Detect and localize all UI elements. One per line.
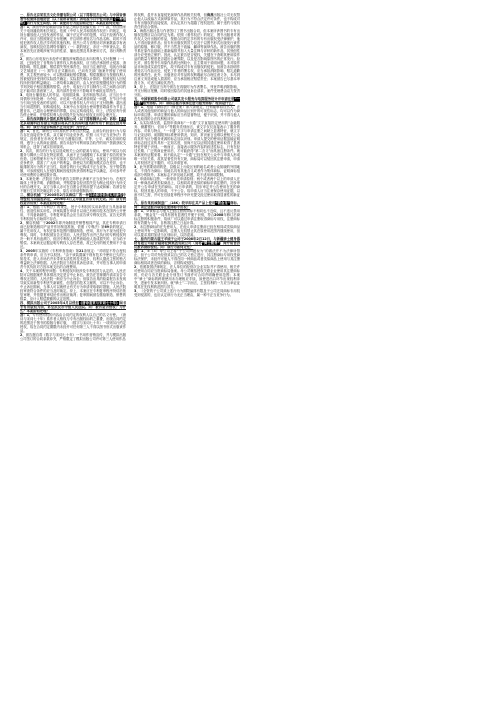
paragraph: 答：1、根据《商标法》（修正案）第八条规定，任何能够将自然人、法人或者其他组织的… xyxy=(134,105,240,121)
text-run: 未注册商标的在先使用人，在他人申请注册前已经在相同或类似商品上使用并有一定影响的… xyxy=(134,225,240,237)
text-run: 综上，法院应当判令被告在再版时为作者署名、刊登声明消除影响，并支付相应报酬，同时… xyxy=(134,85,240,97)
section-heading: 四、模拟出版公司于2005年4月以侵犯《唐诗鉴赏与宋词七十年》图书专有出版权为由… xyxy=(20,301,126,313)
paragraph: 答：1、②（4）母公司上将“子公司问题视为”的做法并不为法律所禁止，但子公司对外… xyxy=(134,249,240,265)
text-run: 被告擅自将《数字与宋词七十年》一书用作营销宣传，并与模拟出版公司签订的合同条款冲… xyxy=(20,333,126,341)
paragraph: 2、从实际情况看，监管申请商标“一卡通”文字直接指定使用的“金融服务、储蓄银行、… xyxy=(134,121,240,165)
paragraph: 3、（全资的子公司须上述行为为期限编排有限及子公司还同商标专用权受到侵害的，也应… xyxy=(134,289,240,297)
text-run: 其次，被告的行为足以造成相关公众的混淆与误认，使用户误以为其服务与腾讯公司存在特… xyxy=(20,149,126,177)
highlighted-phrase: “镀金龙” xyxy=(215,201,230,205)
text-run: 此外需要说明的是，县级以上行政区划的地名或者公众知晓的外国地名，不得作为商标；但… xyxy=(134,165,240,177)
text-run: 依照我国法律规定，法人单位的经营次企业实际并不得使用，相关许可使用合同应当报商标… xyxy=(134,265,240,289)
text-column-right: 的权利，虽并未直接侵犯演绎作品的相关权利，但海燕出版社公司无权禁止他人以改编方式… xyxy=(134,13,240,297)
text-run: 电视台播放他人的作品、电视剧录像、录音制品等活动，应当区分不同情形分别处理：为介… xyxy=(20,93,126,117)
section-heading: 一、原告北京某世杰文化传播有限公司（以下简称世杰公司）与中国音像著作权集体管理协… xyxy=(20,13,126,25)
section-heading: 五、中国银联股份有限公司就其发卡服务与结算服务设计并申请注册“一卡通”服务商标。… xyxy=(134,97,240,105)
text-run: 演出中涉及歌曲与原作品之间存在改编关系（一）款，符合国家关于电视播放的相关规定。… xyxy=(20,25,126,57)
text-run: 本案处理：法院应当判令被告立即停止涉案不正当竞争行为，在相关媒体上刊登声明、消除… xyxy=(20,177,126,193)
text-run: 专有使用权的内容由合同约定的权利人以自己的名义行使。《唐诗与宋词七十年》系作者人… xyxy=(20,313,126,333)
paragraph: 2、横店机械厂于2002年即开始制造并销售相同产品，其在专利申请日前已经制造相同… xyxy=(20,221,126,249)
paragraph: 2、海燕出版社虽与作者签订了图书出版合同，但本案所涉图书的专有出版权范围应以合同… xyxy=(134,29,240,85)
section-heading: 三、横店机械厂于2005年2月以海信厂的一种自动卸货装置实用新型专利侵权为由提起… xyxy=(20,193,126,205)
text-run: 北京联腾科技有限公司擅自将其开发的即时通讯软件用于商业经营并牟利。问：该行为是否… xyxy=(20,121,126,129)
paragraph: 4、申请商标注册，一般采用先申请原则；两个或者两个以上的申请人在同一种商品或者类… xyxy=(134,177,240,201)
paragraph: 2、其次，被告的行为足以造成相关公众的混淆与误认，使用户误以为其服务与腾讯公司存… xyxy=(20,149,126,177)
text-column-left: 一、原告北京某世杰文化传播有限公司（以下简称世杰公司）与中国音像著作权集体管理协… xyxy=(20,13,126,341)
paragraph: 4、关于本案的程序问题：专利侵权纠纷涉及专利权效力认定的，人民法院可以根据案件具… xyxy=(20,269,126,301)
section-heading: 七、原告内蒙古鹿王羊绒子公司于2008年2月12日，与新疆骑士健身器材有限公司联… xyxy=(134,237,240,249)
paragraph: 答：1、首先，腾讯公司对其软件享有合法权益，且被告的经营行为与原告存在直接竞争关… xyxy=(20,129,126,149)
document-page: 一、原告北京某世杰文化传播有限公司（以下简称世杰公司）与中国音像著作权集体管理协… xyxy=(20,13,242,473)
paragraph: 3、2005年实施的《专利审查指南》第21条规定：“对明显不符合授权条件的申请，… xyxy=(20,249,126,269)
section-heading: 六、原告某机械制造厂（18K）较早即在其产品上使用“镀金龙”商标。问：该企业能否… xyxy=(134,201,240,209)
text-run: 从实际情况看，监管申请商标“一卡通”文字直接指定使用的“金融服务、储蓄银行、信用… xyxy=(134,121,240,165)
highlighted-phrase: “骑士健身” xyxy=(202,241,220,245)
text-run: 根据《商标法》（修正案）第八条规定，任何能够将自然人、法人或者其他组织的商品与他… xyxy=(134,105,240,121)
paragraph: 答：1、②该标志与他人已经注册的商标不相同也不近似，且不违反禁用条款，“镀金龙”… xyxy=(134,209,240,225)
paragraph: 2、被告山东电视台未经许可播放涉案歌曲且未向权利人支付报酬（一）款，已经侵犯了音… xyxy=(20,57,126,93)
text-run: ②（4）母公司上将“子公司问题视为”的做法并不为法律所禁止，但子公司对外经营须以… xyxy=(134,249,240,265)
paragraph: 2、未注册商标的在先使用人，在他人申请注册前已经在相同或类似商品上使用并有一定影… xyxy=(134,225,240,237)
paragraph: 3、综上，法院应当判令被告在再版时为作者署名、刊登声明消除影响，并支付相应报酬，… xyxy=(134,85,240,97)
paragraph: 的权利，虽并未直接侵犯演绎作品的相关权利，但海燕出版社公司无权禁止他人以改编方式… xyxy=(134,13,240,29)
paragraph: 3、本案处理：法院应当判令被告立即停止涉案不正当竞争行为，在相关媒体上刊登声明、… xyxy=(20,177,126,193)
text-run: 首先，腾讯公司对其软件享有合法权益，且被告的经营行为与原告存在直接竞争关系，双方… xyxy=(20,129,126,149)
paragraph: 答：1、根据《专利法》的规定，授予专利权的实用新型应当具备新颖性、创造性和实用性… xyxy=(20,205,126,221)
screenshot-canvas: 一、原告北京某世杰文化传播有限公司（以下简称世杰公司）与中国音像著作权集体管理协… xyxy=(0,0,496,702)
paragraph: 2、被告擅自将《数字与宋词七十年》一书用作营销宣传，并与模拟出版公司签订的合同条… xyxy=(20,333,126,341)
paragraph: 答：1、演出中涉及歌曲与原作品之间存在改编关系（一）款，符合国家关于电视播放的相… xyxy=(20,25,126,57)
text-run: 关于本案的程序问题：专利侵权纠纷涉及专利权效力认定的，人民法院可以根据案件具体情… xyxy=(20,269,126,301)
text-run: 条的规定，属于先用权人，有权在原有范围内继续制造、使用，其行为不视为侵犯专利权。… xyxy=(20,225,126,249)
text-run: 原告北京某世杰文化传播有限公司（以下简称世杰公司）与中国音像著作权集体管理协会（… xyxy=(20,13,126,21)
text-run: （全资的子公司须上述行为为期限编排有限及子公司还同商标专用权受到侵害的，也应认定… xyxy=(134,289,240,297)
paragraph: 答：1、专有使用权的内容由合同约定的权利人以自己的名义行使。《唐诗与宋词七十年》… xyxy=(20,313,126,333)
text-run: 根据《专利法》的规定，授予专利权的实用新型应当具备新颖性、创造性和实用性。涉案装… xyxy=(20,205,126,221)
text-run: 被告山东电视台未经许可播放涉案歌曲且未向权利人支付报酬（一）款，已经侵犯了音集协… xyxy=(20,57,126,93)
section-heading: 二、原告深圳腾讯计算机系统有限公司（以下简称腾讯公司）诉称：被告北京联腾科技有限… xyxy=(20,117,126,129)
paragraph: 3、电视台播放他人的作品、电视剧录像、录音制品等活动，应当区分不同情形分别处理：… xyxy=(20,93,126,117)
text-run: 海燕出版社虽与作者签订了图书出版合同，但本案所涉图书的专有出版权范围应以合同约定… xyxy=(134,29,240,85)
paragraph: 2、依照我国法律规定，法人单位的经营次企业实际并不得使用，相关许可使用合同应当报… xyxy=(134,265,240,289)
paragraph: 3、此外需要说明的是，县级以上行政区划的地名或者公众知晓的外国地名，不得作为商标… xyxy=(134,165,240,177)
text-run: 申请商标注册，一般采用先申请原则；两个或者两个以上的申请人在同一种商品或者类似商… xyxy=(134,177,240,201)
